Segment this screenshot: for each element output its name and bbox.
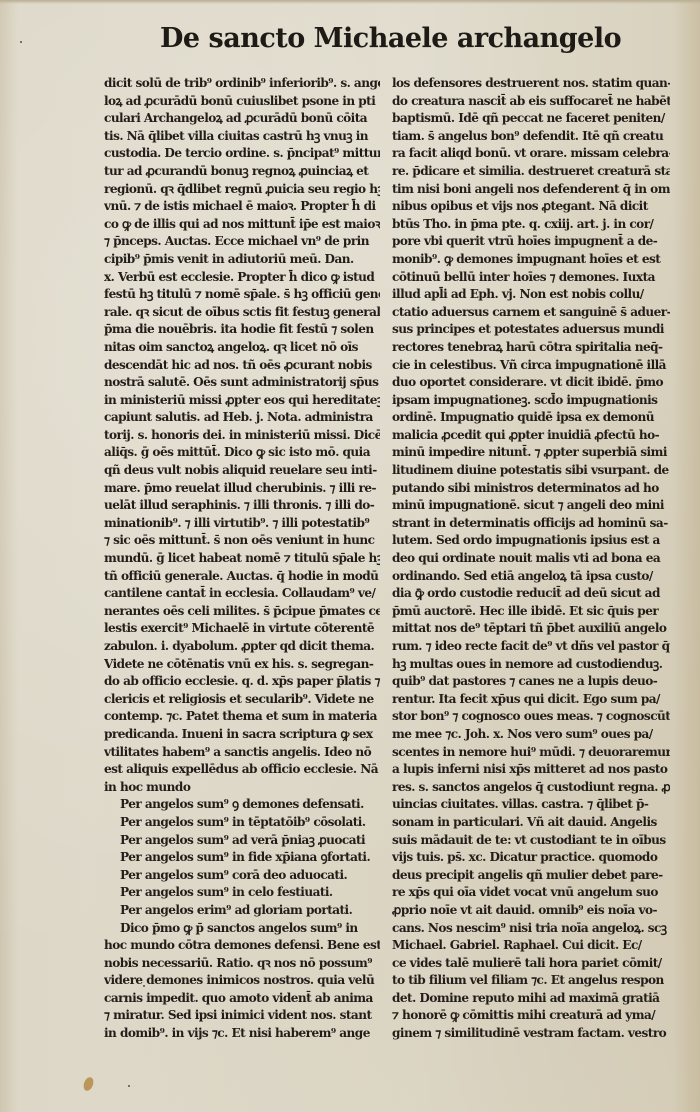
text-line: vtilitates habem⁹ a sanctis angelis. Ide… (104, 744, 380, 762)
text-line: minū impedire nitunt̄. ⁊ ꝓpter superbiā … (392, 444, 670, 462)
text-line: clericis et religiosis et secularib⁹. Vi… (104, 691, 380, 709)
text-line: ⁊ honorē ꝙ cōmittis mihi creaturā ad yma… (392, 1007, 670, 1025)
running-title: De sancto Michaele archangelo (160, 22, 590, 56)
text-line: uincias ciuitates. villas. castra. ⁊ q̄l… (392, 796, 670, 814)
text-line: rale. qꝛ sicut de oībus sctis fit festuꝫ… (104, 304, 380, 322)
text-line: monib⁹. ꝙ demones impugnant hoīes et est (392, 251, 670, 269)
text-line: vijs tuis. ps̄. xc. Dicatur practice. qu… (392, 849, 670, 867)
text-line: suis mādauit de te: vt custodiant te in … (392, 832, 670, 850)
text-line: nitas oim sanctoꝝ angeloꝝ. qꝛ licet nō o… (104, 339, 380, 357)
text-line: p̄ma die nouēbris. ita hodie fit festū ⁊… (104, 321, 380, 339)
manuscript-page: De sancto Michaele archangelo dicit solū… (0, 0, 700, 1112)
text-line: culari Archangeloꝝ ad ꝓcurādū bonū cōita (104, 110, 380, 128)
text-line: cantilene cantat̄ in ecclesia. Collaudam… (104, 585, 380, 603)
text-line: cipib⁹ p̄mis venit in adiutoriū meū. Dan… (104, 251, 380, 269)
text-line: loꝝ ad ꝓcurādū bonū cuiuslibet psone in … (104, 93, 380, 111)
text-line: nobis necessariū. Ratio. qꝛ nos nō possu… (104, 955, 380, 973)
text-line: ctatio aduersus carnem et sanguinē s̄ ad… (392, 304, 670, 322)
text-line: scentes in nemore hui⁹ mūdi. ⁊ deuorarem… (392, 744, 670, 762)
text-line: strant in determinatis officijs ad homin… (392, 515, 670, 533)
text-line: predicanda. Inueni in sacra scriptura ꝙ … (104, 726, 380, 744)
text-line: custodia. De tercio ordine. s. p̄ncipat⁹… (104, 145, 380, 163)
text-line: pore vbi querit vtrū hoīes impugnent̄ a … (392, 233, 670, 251)
text-line: cōtinuū bellū inter hoīes ⁊ demones. Iux… (392, 269, 670, 287)
text-line: ce vides talē mulierē tali hora pariet c… (392, 955, 670, 973)
text-line: res. s. sanctos angelos q̄ custodiunt re… (392, 779, 670, 797)
text-line: ꝓprio noīe vt ait dauid. omnib⁹ eis noīa… (392, 902, 670, 920)
text-line: vnū. ⁊ de istis michael ē maioꝛ. Propter… (104, 198, 380, 216)
text-line: festū hꝫ titulū ⁊ nomē sp̄ale. s̄ hꝫ off… (104, 286, 380, 304)
text-line: putando sibi ministros determinatos ad h… (392, 480, 670, 498)
text-line: Dico p̄mo ꝙ p̄ sanctos angelos sum⁹ in (104, 920, 380, 938)
text-line: a lupis inferni nisi xp̄s mitteret ad no… (392, 761, 670, 779)
text-line: in ministeriū missi ꝓpter eos qui heredi… (104, 392, 380, 410)
list-item: Per angelos sum⁹ corā deo aduocati. (104, 867, 380, 885)
ink-speck (143, 985, 145, 987)
text-line: do ab officio ecclesie. q. d. xp̄s paper… (104, 673, 380, 691)
text-line: re. p̄dicare et similia. destrueret crea… (392, 163, 670, 181)
text-line: to tib filium vel filiam ⁊c. Et angelus … (392, 972, 670, 990)
text-line: tiam. s̄ angelus bon⁹ defendit. Itē qñ c… (392, 128, 670, 146)
text-line: re xp̄s qui oīa videt vocat vnū angelum … (392, 884, 670, 902)
ink-speck (20, 41, 22, 43)
text-line: p̄mū auctorē. Hec ille ibidē. Et sic q̄u… (392, 603, 670, 621)
text-line: torij. s. honoris dei. in ministeriū mis… (104, 427, 380, 445)
text-line: sus principes et potestates aduersus mun… (392, 321, 670, 339)
text-line: los defensores destruerent nos. statim q… (392, 75, 670, 93)
text-line: in hoc mundo (104, 779, 380, 797)
text-line: mare. p̄mo reuelat illud cherubinis. ⁊ i… (104, 480, 380, 498)
text-line: deo qui ordinate nouit malis vti ad bona… (392, 550, 670, 568)
text-line: descendāt hic ad nos. tñ oēs ꝓcurant nob… (104, 357, 380, 375)
list-item: Per angelos sum⁹ ad verā p̄niaꝫ ꝓuocati (104, 832, 380, 850)
text-line: litudinem diuine potestatis sibi vsurpan… (392, 462, 670, 480)
text-line: baptismū. Idē qñ peccat ne faceret penit… (392, 110, 670, 128)
text-line: qñ deus vult nobis aliquid reuelare seu … (104, 462, 380, 480)
text-line: me mee ⁊c. Joh. x. Nos vero sum⁹ oues pa… (392, 726, 670, 744)
text-line: mundū. ḡ licet habeat nomē ⁊ titulū sp̄a… (104, 550, 380, 568)
text-line: rum. ⁊ ideo recte facit de⁹ vt dñs vel p… (392, 638, 670, 656)
list-item: Per angelos sum⁹ ꝯ demones defensati. (104, 796, 380, 814)
text-line: ⁊ p̄nceps. Auctas. Ecce michael vn⁹ de p… (104, 233, 380, 251)
text-line: duo oportet considerare. vt dicit ibidē.… (392, 374, 670, 392)
text-line: btūs Tho. in p̄ma pte. q. cxiij. art. j.… (392, 216, 670, 234)
text-line: regionū. qꝛ q̄dlibet regnū ꝓuicia seu re… (104, 181, 380, 199)
text-line: illud apl̄i ad Eph. vj. Non est nobis co… (392, 286, 670, 304)
right-text-column: los defensores destruerent nos. statim q… (392, 75, 670, 1043)
text-line: sonam in particulari. Vñ ait dauid. Ange… (392, 814, 670, 832)
text-line: minū impugnationē. sicut ⁊ angeli deo mi… (392, 497, 670, 515)
text-line: ordinē. Impugnatio quidē ipsa ex demonū (392, 409, 670, 427)
text-line: nostrā salutē. Oēs sunt administratorij … (104, 374, 380, 392)
text-line: tñ officiū generale. Auctas. q̄ hodie in… (104, 568, 380, 586)
text-line: Michael. Gabriel. Raphael. Cui dicit. Ec… (392, 937, 670, 955)
list-item: Per angelos sum⁹ in celo festiuati. (104, 884, 380, 902)
text-line: det. Domine reputo mihi ad maximā gratiā (392, 990, 670, 1008)
text-line: uelāt illud seraphinis. ⁊ illi thronis. … (104, 497, 380, 515)
text-line: mittat nos de⁹ tēptari tñ p̄bet auxiliū … (392, 620, 670, 638)
text-line: ⁊ sic oēs mittunt̄. s̄ non oēs veniunt i… (104, 532, 380, 550)
text-line: tim nisi boni angeli nos defenderent q̄ … (392, 181, 670, 199)
text-line: ⁊ miratur. Sed ipsi inimici vident nos. … (104, 1007, 380, 1025)
text-line: videre demones inimicos nostros. quia ve… (104, 972, 380, 990)
text-line: ginem ⁊ similitudinē vestram factam. ves… (392, 1025, 670, 1043)
text-line: nibus opibus et vijs nos ꝓtegant. Nā dic… (392, 198, 670, 216)
text-line: aliq̄s. ḡ oēs mittūt̄. Dico ꝙ sic isto m… (104, 444, 380, 462)
text-line: quib⁹ dat pastores ⁊ canes ne a lupis de… (392, 673, 670, 691)
text-line: cans. Nos nescim⁹ nisi tria noīa angeloꝝ… (392, 920, 670, 938)
text-line: zabulon. i. dyabolum. ꝓpter qd dicit the… (104, 638, 380, 656)
left-text-column: dicit solū de trib⁹ ordinib⁹ inferiorib⁹… (104, 75, 380, 1043)
text-line: stor bon⁹ ⁊ cognosco oues meas. ⁊ cognos… (392, 708, 670, 726)
ink-speck (128, 1085, 130, 1087)
text-line: rentur. Ita fecit xp̄us qui dicit. Ego s… (392, 691, 670, 709)
text-line: minationib⁹. ⁊ illi virtutib⁹. ⁊ illi po… (104, 515, 380, 533)
text-line: hoc mundo cōtra demones defensi. Bene es… (104, 937, 380, 955)
text-line: do creatura nascit̄ ab eis suffocaret̄ n… (392, 93, 670, 111)
text-line: dicit solū de trib⁹ ordinib⁹ inferiorib⁹… (104, 75, 380, 93)
text-line: hꝫ multas oues in nemore ad custodienduꝫ… (392, 656, 670, 674)
text-line: contemp. ⁊c. Patet thema et sum in mater… (104, 708, 380, 726)
text-line: tur ad ꝓcurandū bonuꝫ regnoꝝ ꝓuinciaꝝ et (104, 163, 380, 181)
text-line: lestis exercit⁹ Michaelē in virtute cōte… (104, 620, 380, 638)
list-item: Per angelos erim⁹ ad gloriam portati. (104, 902, 380, 920)
text-line: deus precipit angelis qñ mulier debet pa… (392, 867, 670, 885)
text-line: lutem. Sed ordo impugnationis ipsius est… (392, 532, 670, 550)
text-line: tis. Nā q̄libet villa ciuitas castrū hꝫ … (104, 128, 380, 146)
foxing-stain (82, 1076, 95, 1092)
text-line: ordinando. Sed etiā angeloꝝ tā ipsa cust… (392, 568, 670, 586)
text-line: ra facit aliqd bonū. vt orare. missam ce… (392, 145, 670, 163)
text-line: est aliquis expellēdus ab officio eccles… (104, 761, 380, 779)
page-top-edge (0, 0, 700, 4)
text-line: cie in celestibus. Vñ circa impugnationē… (392, 357, 670, 375)
text-line: dia ꝙ̄ ordo custodie reducit̄ ad deū sic… (392, 585, 670, 603)
text-line: carnis impedit. quo amoto vident̄ ab ani… (104, 990, 380, 1008)
text-line: co ꝙ de illis qui ad nos mittunt̄ ip̄e e… (104, 216, 380, 234)
list-item: Per angelos sum⁹ in tēptatōib⁹ cōsolati. (104, 814, 380, 832)
text-line: nerantes oēs celi milites. s̄ p̄cipue p̄… (104, 603, 380, 621)
list-item: Per angelos sum⁹ in fide xp̄iana ꝯfortat… (104, 849, 380, 867)
text-line: ipsam impugnationeꝫ. scd̄o impugnationis (392, 392, 670, 410)
text-line: capiunt salutis. ad Heb. j. Nota. admini… (104, 409, 380, 427)
text-line: Videte ne cōtēnatis vnū ex his. s. segre… (104, 656, 380, 674)
text-line: malicia ꝓcedit qui ꝓpter inuidiā ꝓfectū … (392, 427, 670, 445)
text-line: rectores tenebraꝝ harū cōtra spiritalia … (392, 339, 670, 357)
text-line: in domib⁹. in vijs ⁊c. Et nisi haberem⁹ … (104, 1025, 380, 1043)
text-line: x. Verbū est ecclesie. Propter h̄ dico ꝙ… (104, 269, 380, 287)
